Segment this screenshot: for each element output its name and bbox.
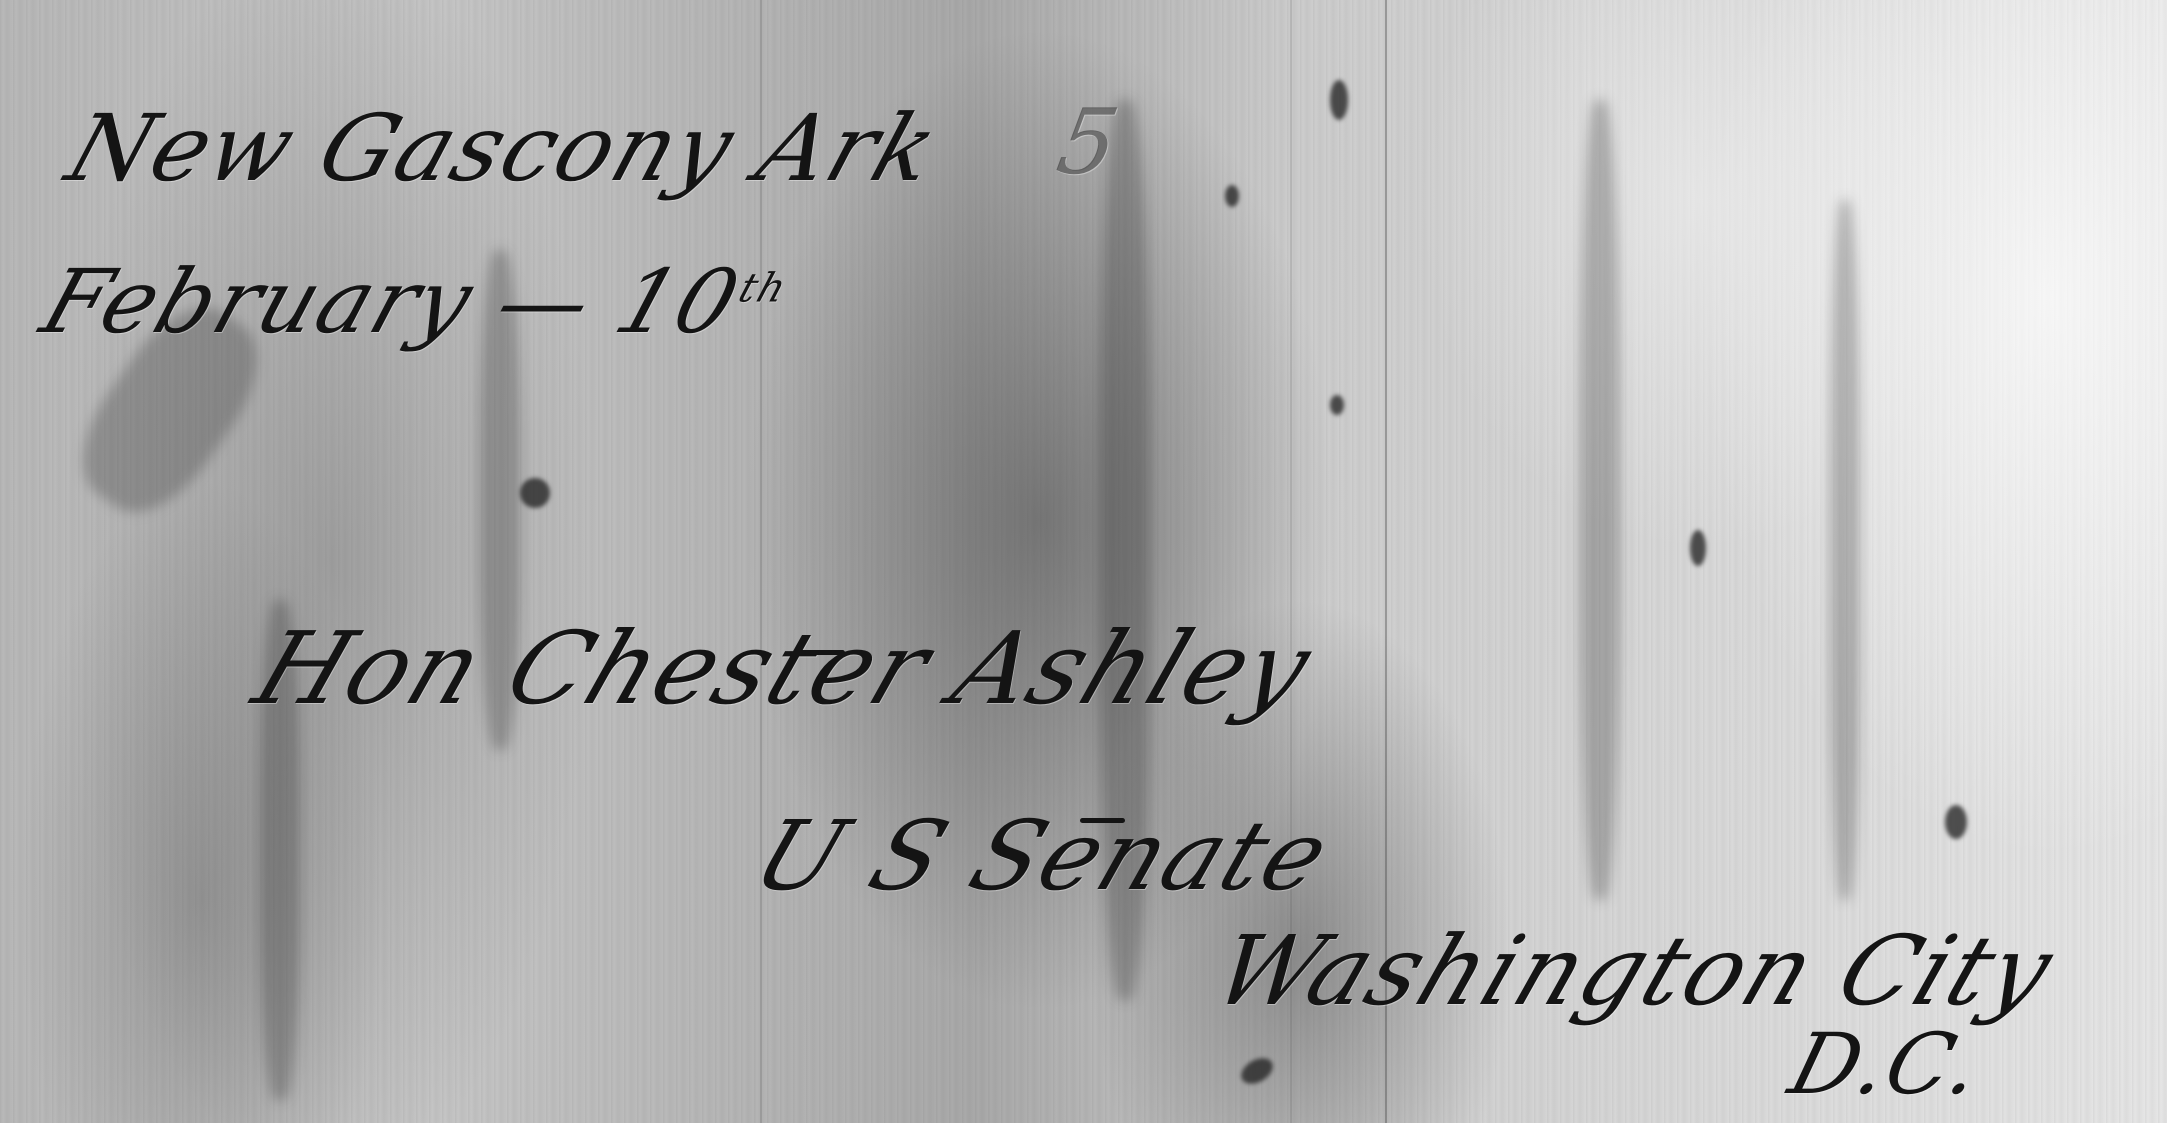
ink-blot (1690, 530, 1706, 566)
name-overline-stroke (800, 650, 845, 655)
bleed-through-streak (1580, 100, 1620, 900)
ink-blot (1945, 805, 1967, 839)
scanned-document: New Gascony Ark February — 10th 5 Hon Ch… (0, 0, 2167, 1123)
senate-t-bar-stroke (1080, 818, 1125, 823)
bleed-through-streak (1830, 200, 1860, 900)
ink-blot (1330, 395, 1344, 415)
addressee-district: D.C. (1780, 1015, 1993, 1113)
ink-blot (1225, 185, 1239, 207)
letter-date-text: February — 10 (30, 250, 753, 353)
addressee-city: Washington City (1200, 915, 2069, 1027)
letter-date: February — 10th (30, 250, 799, 353)
ink-blot (1237, 1053, 1277, 1089)
addressee-institution: U S Senate (740, 800, 1345, 912)
ink-blot (520, 478, 550, 508)
letter-place-heading: New Gascony Ark (55, 95, 952, 202)
ink-blot (1330, 80, 1348, 120)
addressee-name: Hon Chester Ashley (240, 610, 1328, 727)
